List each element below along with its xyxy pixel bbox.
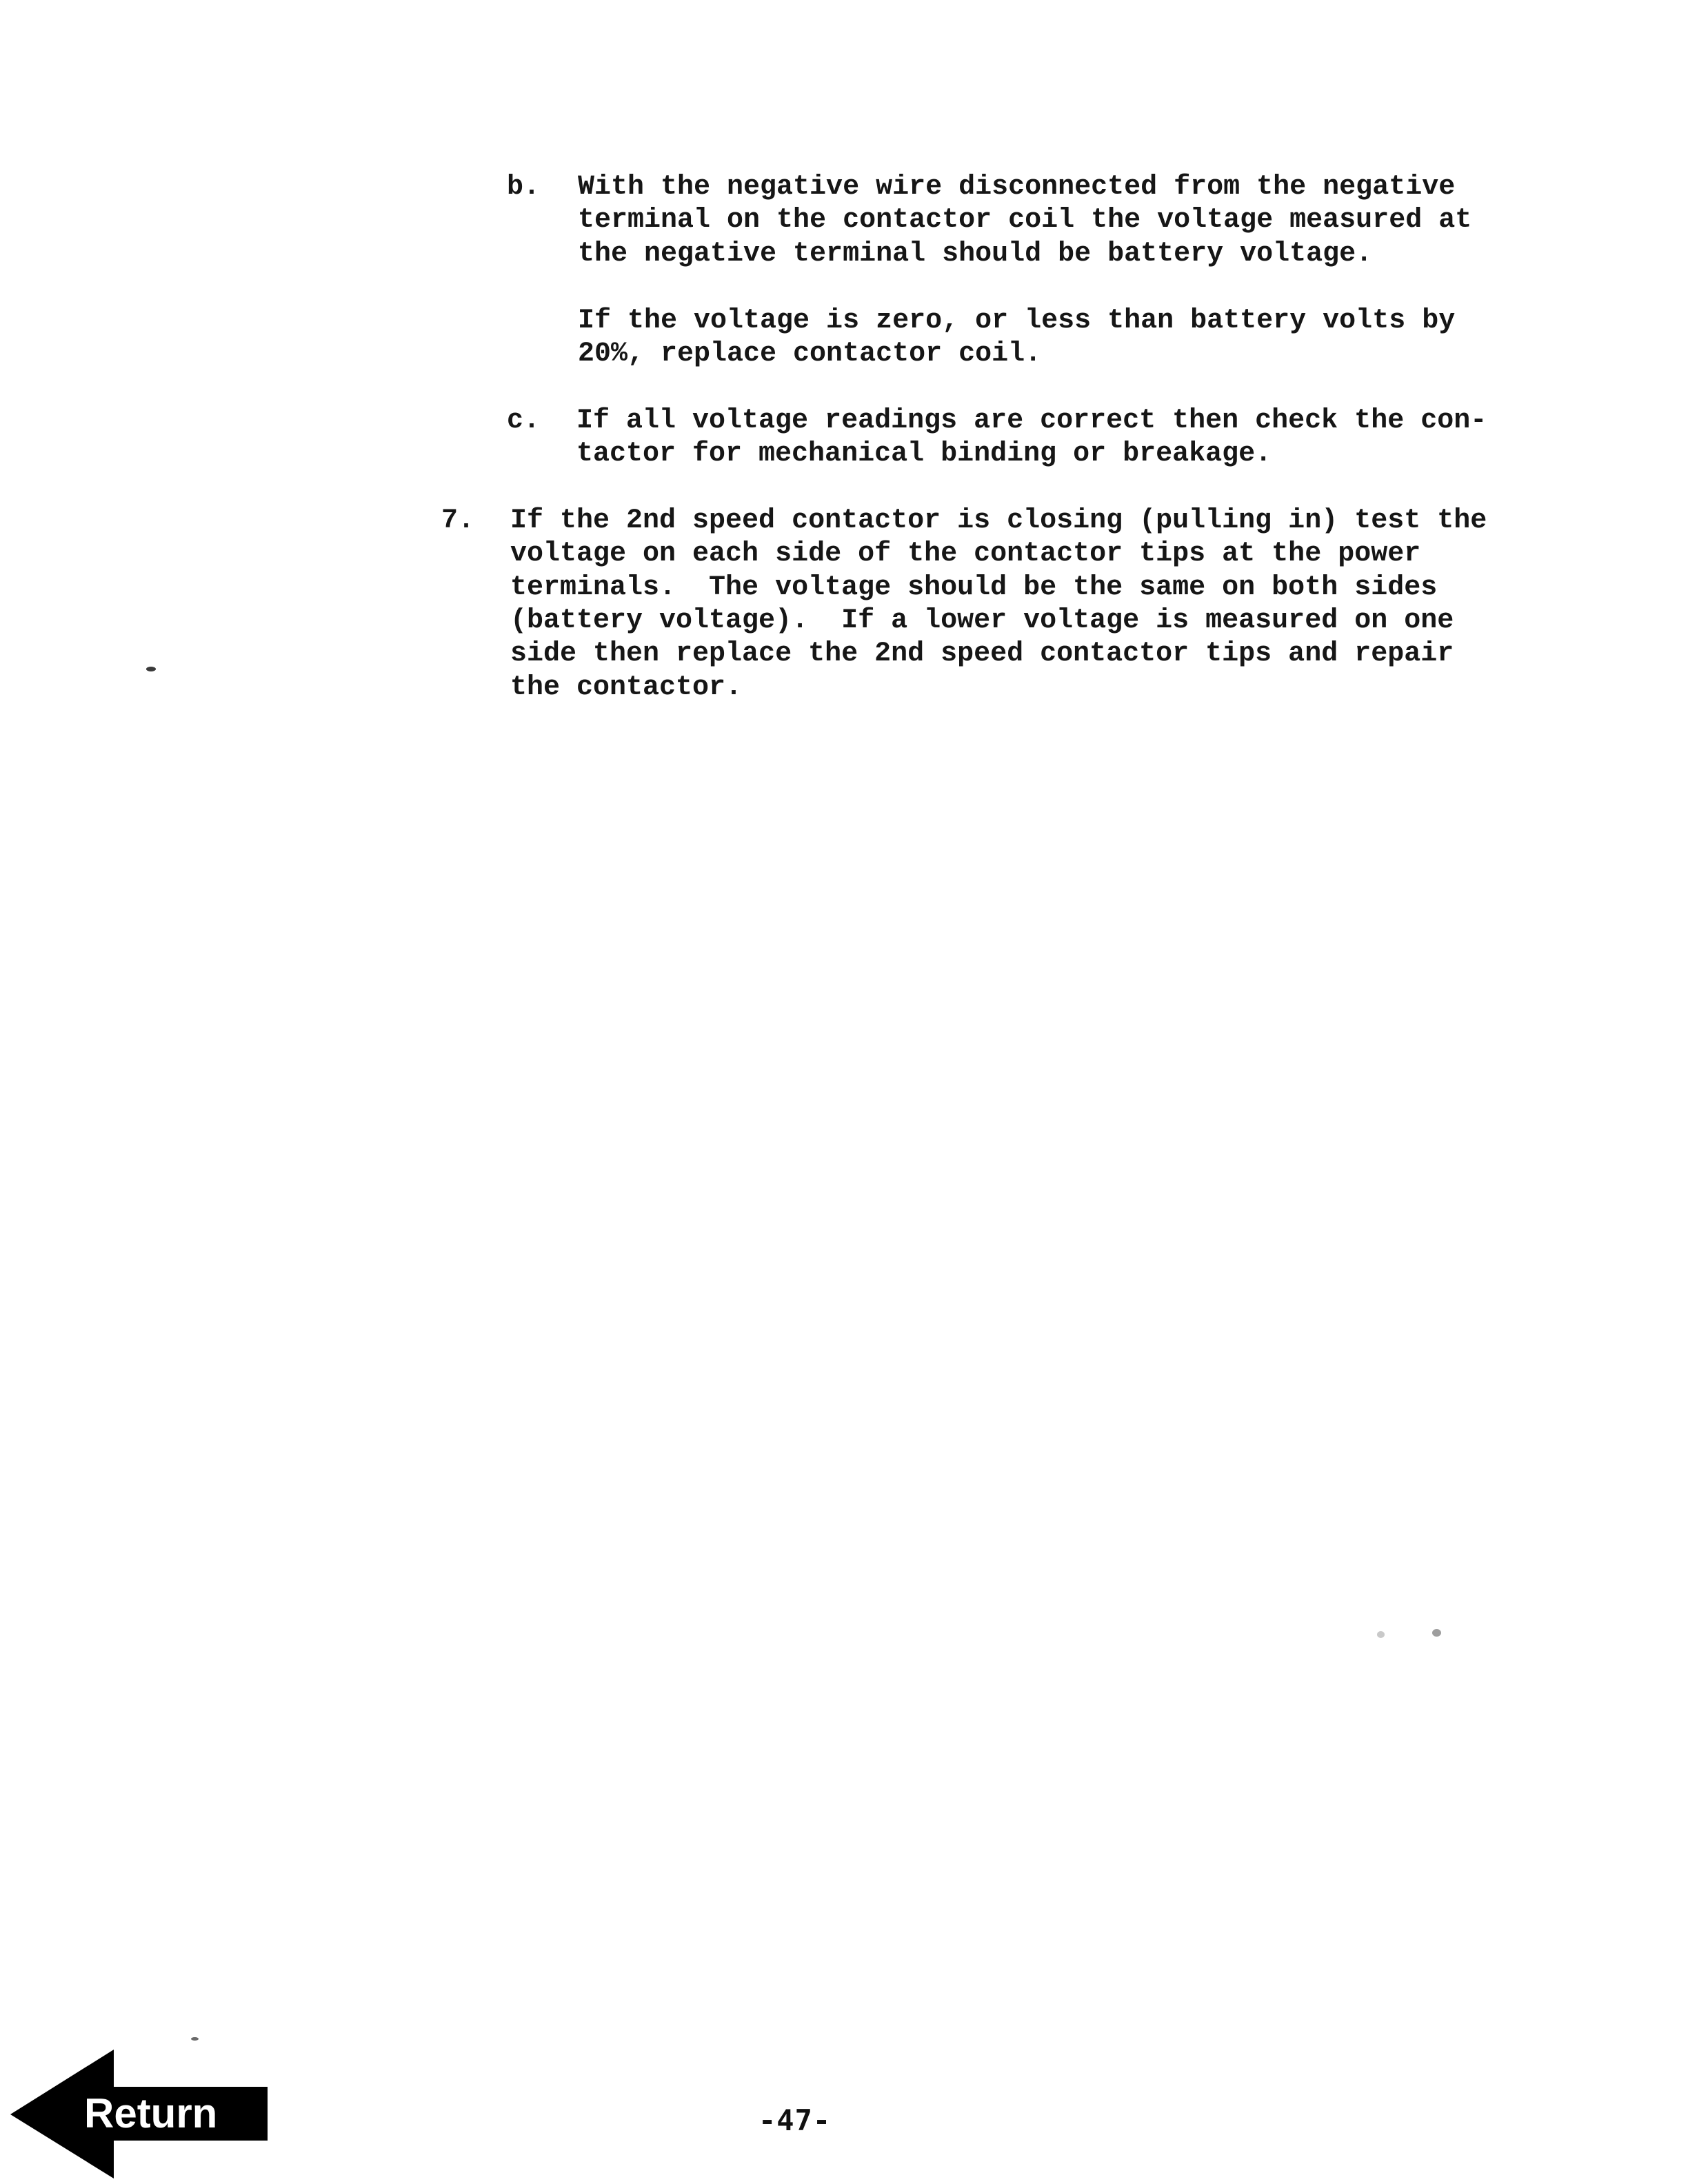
- text-line: side then replace the 2nd speed contacto…: [510, 640, 1454, 668]
- scan-speck: [146, 667, 156, 671]
- text-line: If the 2nd speed contactor is closing (p…: [510, 507, 1487, 535]
- text-line: With the negative wire disconnected from…: [578, 174, 1455, 201]
- return-button-label: Return: [84, 2090, 217, 2136]
- text-line: tactor for mechanical binding or breakag…: [576, 441, 1272, 468]
- text-line: If all voltage readings are correct then…: [576, 407, 1487, 435]
- text-line: terminals. The voltage should be the sam…: [510, 574, 1437, 602]
- text-line: terminal on the contactor coil the volta…: [578, 207, 1471, 234]
- scan-speck: [1377, 1631, 1385, 1638]
- page-number: -47-: [758, 2106, 831, 2135]
- manual-page: b. With the negative wire disconnected f…: [0, 0, 1688, 2184]
- item-7-label: 7.: [441, 507, 474, 535]
- text-line: the contactor.: [510, 674, 742, 702]
- text-line: the negative terminal should be battery …: [578, 241, 1372, 268]
- item-b-label: b.: [507, 174, 540, 201]
- scan-speck: [1432, 1629, 1441, 1637]
- text-line: voltage on each side of the contactor ti…: [510, 540, 1420, 568]
- item-c-label: c.: [507, 407, 540, 435]
- text-line: If the voltage is zero, or less than bat…: [578, 307, 1455, 335]
- text-line: (battery voltage). If a lower voltage is…: [510, 607, 1454, 635]
- return-button[interactable]: Return: [0, 2034, 290, 2184]
- text-line: 20%, replace contactor coil.: [578, 341, 1041, 368]
